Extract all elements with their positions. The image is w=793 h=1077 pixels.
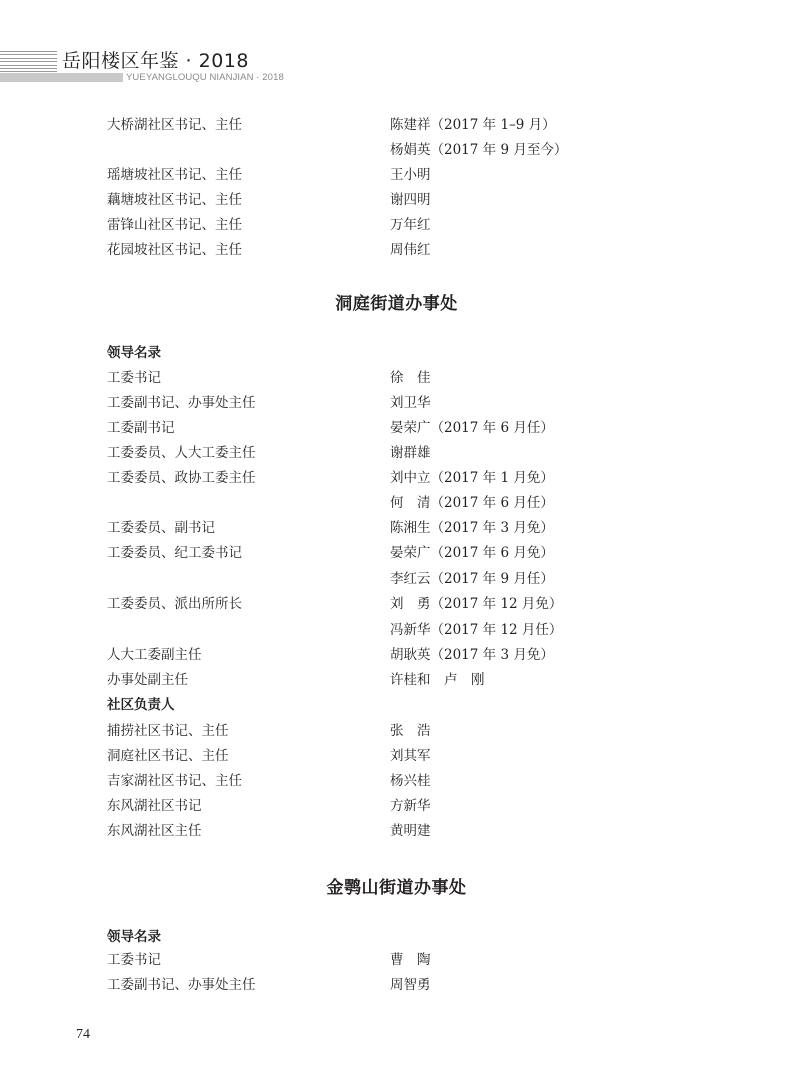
list-row: 工委副书记、办事处主任 周智勇	[107, 973, 707, 995]
list-row: 工委副书记 晏荣广（2017 年 6 月任）	[107, 416, 707, 438]
role-label: 花园坡社区书记、主任	[107, 238, 242, 258]
list-row: 工委书记 徐 佳	[107, 366, 707, 388]
person-name: 方新华	[390, 794, 431, 814]
list-row: 吉家湖社区书记、主任 杨兴桂	[107, 769, 707, 791]
person-name: 刘卫华	[390, 391, 431, 411]
role-label: 工委委员、副书记	[107, 516, 215, 536]
person-name: 刘其军	[390, 744, 431, 764]
list-row: 工委书记 曹 陶	[107, 948, 707, 970]
person-name: 冯新华（2017 年 12 月任）	[390, 618, 562, 638]
list-row: 工委副书记、办事处主任 刘卫华	[107, 391, 707, 413]
leaders-heading: 领导名录	[107, 341, 161, 361]
person-name: 周伟红	[390, 238, 431, 258]
role-label: 办事处副主任	[107, 668, 188, 688]
role-label: 工委书记	[107, 366, 161, 386]
section-title: 金鹗山街道办事处	[0, 873, 793, 898]
role-label: 人大工委副主任	[107, 643, 202, 663]
header-stripes-decoration	[0, 51, 57, 68]
list-row: 办事处副主任 许桂和 卢 刚	[107, 668, 707, 690]
list-row: 工委委员、副书记 陈湘生（2017 年 3 月免）	[107, 516, 707, 538]
role-label: 东风湖社区书记	[107, 794, 202, 814]
person-name: 李红云（2017 年 9 月任）	[390, 567, 554, 587]
list-row: 东风湖社区书记 方新华	[107, 794, 707, 816]
list-row: 工委委员、纪工委书记 晏荣广（2017 年 6 月免）	[107, 541, 707, 563]
list-row: 捕捞社区书记、主任 张 浩	[107, 719, 707, 741]
list-row: 藕塘坡社区书记、主任 谢四明	[107, 188, 707, 210]
person-name: 陈湘生（2017 年 3 月免）	[390, 516, 554, 536]
person-name: 晏荣广（2017 年 6 月任）	[390, 416, 554, 436]
section-title: 洞庭街道办事处	[0, 289, 793, 314]
person-name: 胡耿英（2017 年 3 月免）	[390, 643, 554, 663]
role-label: 藕塘坡社区书记、主任	[107, 188, 242, 208]
person-name: 徐 佳	[390, 366, 431, 386]
person-name: 陈建祥（2017 年 1–9 月）	[390, 113, 556, 133]
yearbook-title: 岳阳楼区年鉴 · 2018	[62, 46, 249, 73]
person-name: 张 浩	[390, 719, 431, 739]
role-label: 雷锋山社区书记、主任	[107, 213, 242, 233]
role-label: 捕捞社区书记、主任	[107, 719, 229, 739]
list-row: 李红云（2017 年 9 月任）	[107, 567, 707, 589]
list-row: 花园坡社区书记、主任 周伟红	[107, 238, 707, 260]
page-number: 74	[76, 1027, 90, 1043]
role-label: 工委副书记、办事处主任	[107, 391, 256, 411]
person-name: 谢群雄	[390, 441, 431, 461]
role-label: 工委委员、纪工委书记	[107, 541, 242, 561]
list-row: 何 清（2017 年 6 月任）	[107, 491, 707, 513]
role-label: 工委委员、派出所所长	[107, 592, 242, 612]
person-name: 万年红	[390, 213, 431, 233]
person-name: 黄明建	[390, 819, 431, 839]
role-label: 洞庭社区书记、主任	[107, 744, 229, 764]
yearbook-subtitle: YUEYANGLOUQU NIANJIAN · 2018	[126, 72, 284, 83]
person-name: 何 清（2017 年 6 月任）	[390, 491, 554, 511]
list-row: 瑶塘坡社区书记、主任 王小明	[107, 163, 707, 185]
leaders-heading: 领导名录	[107, 925, 161, 945]
person-name: 杨兴桂	[390, 769, 431, 789]
role-label: 工委副书记、办事处主任	[107, 973, 256, 993]
role-label: 工委副书记	[107, 416, 175, 436]
person-name: 谢四明	[390, 188, 431, 208]
person-name: 刘 勇（2017 年 12 月免）	[390, 592, 562, 612]
person-name: 王小明	[390, 163, 431, 183]
header-bar-decoration	[0, 73, 123, 82]
list-row: 东风湖社区主任 黄明建	[107, 819, 707, 841]
person-name: 杨娟英（2017 年 9 月至今）	[390, 138, 567, 158]
person-name: 周智勇	[390, 973, 431, 993]
list-row: 洞庭社区书记、主任 刘其军	[107, 744, 707, 766]
role-label: 大桥湖社区书记、主任	[107, 113, 242, 133]
role-label: 吉家湖社区书记、主任	[107, 769, 242, 789]
list-row: 人大工委副主任 胡耿英（2017 年 3 月免）	[107, 643, 707, 665]
list-row: 工委委员、人大工委主任 谢群雄	[107, 441, 707, 463]
role-label: 东风湖社区主任	[107, 819, 202, 839]
list-row: 杨娟英（2017 年 9 月至今）	[107, 138, 707, 160]
person-name: 许桂和 卢 刚	[390, 668, 485, 688]
list-row: 雷锋山社区书记、主任 万年红	[107, 213, 707, 235]
list-row: 工委委员、政协工委主任 刘中立（2017 年 1 月免）	[107, 466, 707, 488]
list-row: 大桥湖社区书记、主任 陈建祥（2017 年 1–9 月）	[107, 113, 707, 135]
list-row: 工委委员、派出所所长 刘 勇（2017 年 12 月免）	[107, 592, 707, 614]
list-row: 冯新华（2017 年 12 月任）	[107, 618, 707, 640]
role-label: 工委委员、政协工委主任	[107, 466, 256, 486]
person-name: 晏荣广（2017 年 6 月免）	[390, 541, 554, 561]
role-label: 工委委员、人大工委主任	[107, 441, 256, 461]
role-label: 瑶塘坡社区书记、主任	[107, 163, 242, 183]
person-name: 曹 陶	[390, 948, 431, 968]
person-name: 刘中立（2017 年 1 月免）	[390, 466, 554, 486]
community-heading: 社区负责人	[107, 693, 175, 713]
role-label: 工委书记	[107, 948, 161, 968]
